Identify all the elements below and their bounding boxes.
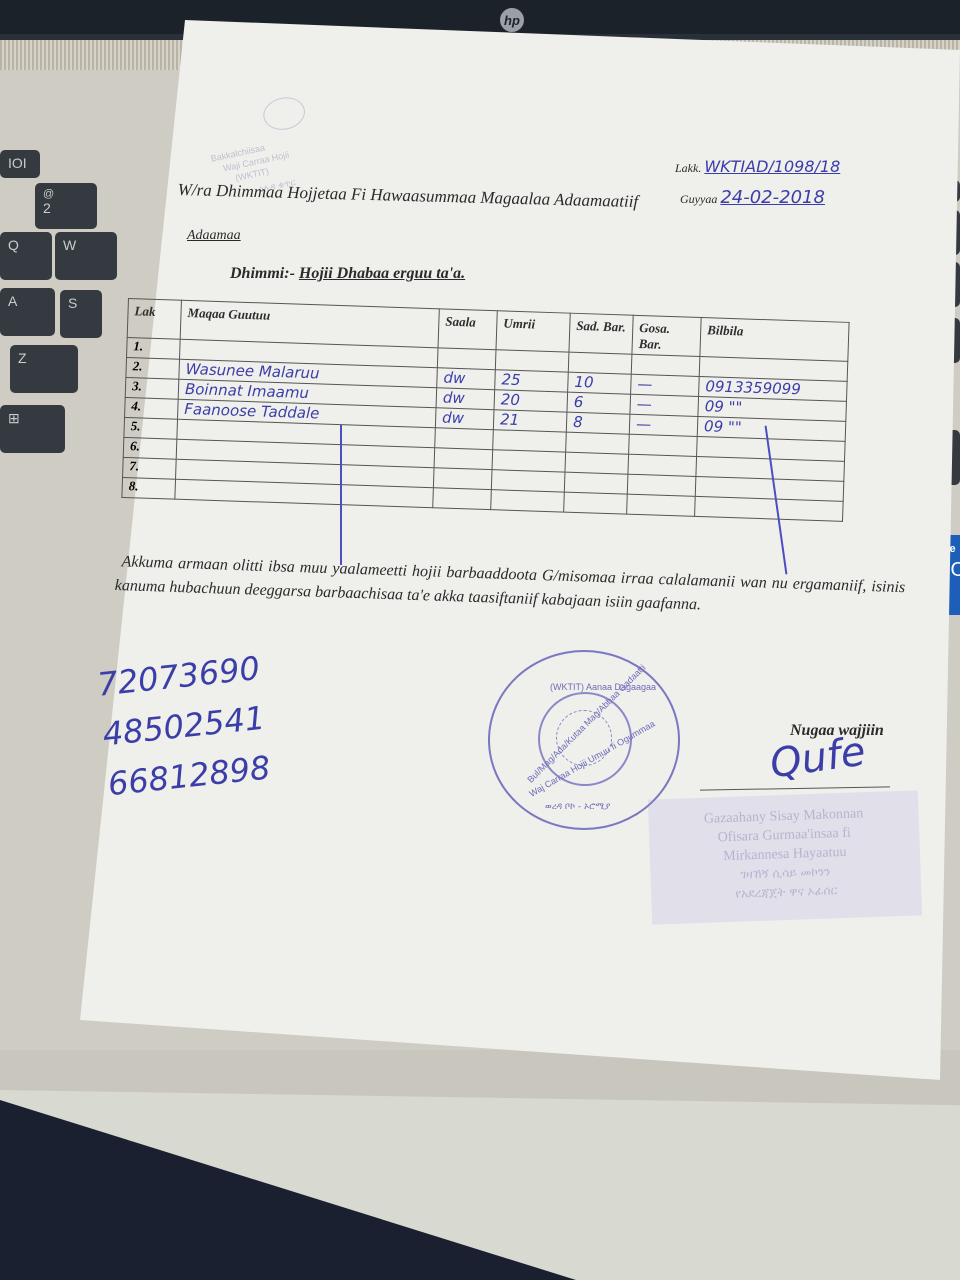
- cell-sex: [437, 348, 496, 370]
- subject-label: Dhimmi:-: [230, 265, 295, 282]
- reference-number: Lakk. WKTIAD/1098/18: [675, 157, 840, 176]
- members-table: Lak Maqaa Guutuu Saala Umrii Sad. Bar. G…: [121, 298, 849, 522]
- cell-education-type: —: [630, 394, 699, 416]
- cell-lak: 1.: [127, 337, 181, 359]
- reference-value: WKTIAD/1098/18: [704, 157, 840, 176]
- cell-education-type: [627, 474, 696, 496]
- cell-lak: 7.: [123, 457, 177, 479]
- cell-sex: [435, 428, 494, 450]
- cell-sex: dw: [437, 368, 496, 390]
- cell-education-level: [566, 432, 630, 454]
- body-paragraph: Akkuma armaan olitti ibsa muu yaalameett…: [115, 553, 906, 613]
- cell-lak: 5.: [124, 417, 178, 439]
- reference-label: Lakk.: [675, 161, 701, 175]
- header-lak: Lak: [127, 299, 181, 340]
- header-education-level: Sad. Bar.: [569, 313, 633, 354]
- cell-age: [491, 490, 565, 512]
- cell-phone: [695, 496, 844, 521]
- cell-age: [495, 350, 569, 372]
- cell-sex: [434, 448, 493, 470]
- ink-ditto-line: [340, 425, 342, 565]
- cell-education-type: [629, 434, 698, 456]
- cell-education-type: —: [629, 414, 698, 436]
- subject-text: Hojii Dhabaa erguu ta'a.: [299, 265, 465, 282]
- subject-line: Dhimmi:- Hojii Dhabaa erguu ta'a.: [230, 265, 465, 283]
- cell-age: [493, 430, 567, 452]
- cell-education-level: 6: [567, 392, 631, 414]
- date-value: 24-02-2018: [720, 187, 825, 208]
- cell-sex: [433, 488, 492, 510]
- cell-lak: 2.: [126, 357, 180, 379]
- cell-education-level: [568, 352, 632, 374]
- seal-amharic-text: ወረዳ ቦኮ - ኦሮሚያ: [545, 802, 610, 812]
- cell-education-level: [564, 472, 628, 494]
- signature: Qufe: [767, 729, 868, 788]
- cell-sex: dw: [436, 388, 495, 410]
- cell-lak: 4.: [125, 397, 179, 419]
- header-phone: Bilbila: [700, 318, 849, 362]
- cell-education-level: 8: [566, 412, 630, 434]
- cell-education-type: —: [631, 374, 700, 396]
- officer-stamp: Gazaahany Sisay Makonnan Ofisara Gurmaa'…: [648, 790, 922, 924]
- cell-age: [491, 470, 565, 492]
- header-sex: Saala: [438, 309, 497, 350]
- seal-inner-text: (WKTIT) Aanaa Dagaagaa: [550, 682, 656, 692]
- cell-education-level: [565, 452, 629, 474]
- header-age: Umrii: [496, 311, 570, 352]
- cell-age: 25: [495, 370, 569, 392]
- cell-education-level: [564, 492, 628, 514]
- recipient-city: Adaamaa: [187, 228, 241, 244]
- cell-age: 21: [493, 410, 567, 432]
- cell-lak: 6.: [123, 437, 177, 459]
- cell-sex: [433, 468, 492, 490]
- cell-sex: dw: [435, 408, 494, 430]
- cell-education-type: [631, 354, 700, 376]
- header-education-type: Gosa. Bar.: [632, 315, 701, 356]
- cell-lak: 3.: [125, 377, 179, 399]
- handwritten-numbers: 72073690 48502541 66812898: [95, 643, 273, 809]
- letter-content: Bakkalchiisaa Waji Carraa Hojii (WKTIT) …: [0, 0, 960, 1280]
- letter-date: Guyyaa 24-02-2018: [680, 187, 825, 208]
- members-table-wrapper: Lak Maqaa Guutuu Saala Umrii Sad. Bar. G…: [121, 298, 849, 522]
- cell-age: 20: [494, 390, 568, 412]
- date-label: Guyyaa: [680, 192, 717, 206]
- cell-education-type: [627, 494, 696, 516]
- cell-education-type: [628, 454, 697, 476]
- cell-age: [492, 450, 566, 472]
- cell-education-level: 10: [568, 372, 632, 394]
- letter-body: Akkuma armaan olitti ibsa muu yaalameett…: [114, 550, 905, 624]
- signature-line: [700, 786, 890, 790]
- stamp-logo-icon: [260, 94, 308, 134]
- cell-lak: 8.: [122, 477, 176, 499]
